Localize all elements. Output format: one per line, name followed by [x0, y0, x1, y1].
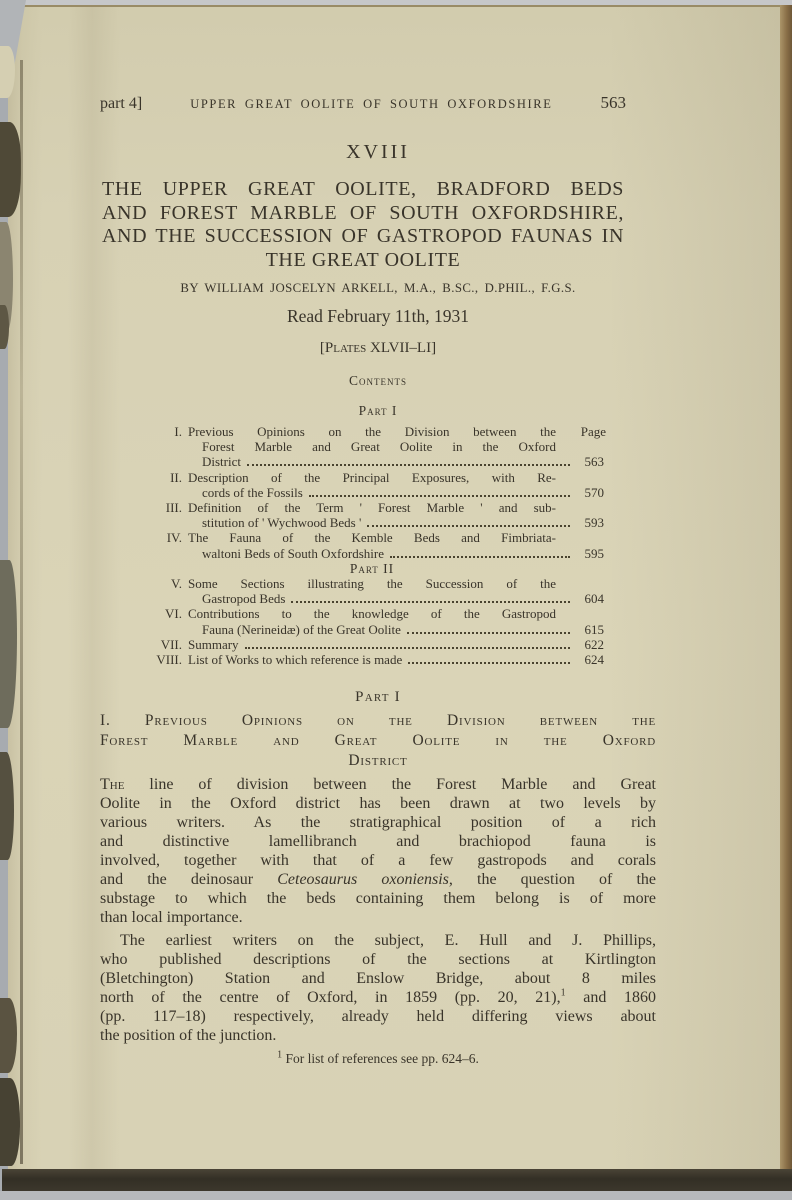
toc-entry-page-number: 593	[574, 515, 604, 530]
dot-leader	[407, 632, 570, 634]
toc-page-column-label: Page	[581, 424, 606, 439]
spine-edge-blotch	[0, 1078, 20, 1166]
running-header: part 4] UPPER GREAT OOLITE OF SOUTH OXFO…	[100, 5, 626, 113]
body-text-line: (Bletchington) Station and Enslow Bridge…	[100, 969, 656, 988]
dot-leader	[390, 556, 570, 558]
dot-leader	[367, 525, 570, 527]
section-part-heading: Part I	[100, 689, 656, 706]
article-title-line: AND THE SUCCESSION OF GASTROPOD FAUNAS I…	[102, 225, 624, 249]
article-title: THE UPPER GREAT OOLITE, BRADFORD BEDS AN…	[102, 178, 624, 272]
table-of-contents: Page I. Previous Opinions on the Divisio…	[140, 424, 604, 667]
toc-entry-page-number: 563	[574, 454, 604, 469]
body-text-line: and distinctive lamellibranch and brachi…	[100, 832, 656, 851]
toc-entry-numeral: II.	[140, 470, 188, 500]
species-name-italic: Ceteosaurus oxoniensis	[277, 871, 449, 888]
dot-leader	[309, 495, 570, 497]
section-heading-line: I. Previous Opinions on the Division bet…	[100, 711, 656, 731]
body-text-line: (pp. 117–18) respectively, already held …	[100, 1007, 656, 1026]
toc-entry-6: VI. Contributions to the knowledge of th…	[140, 606, 604, 636]
footnote-text: For list of references see pp. 624–6.	[282, 1051, 479, 1066]
page-bottom-shadow	[2, 1169, 792, 1191]
torn-edge-line	[20, 60, 23, 1164]
book-page-block-edge	[780, 5, 792, 1169]
toc-entry-text: Summary	[188, 637, 239, 652]
body-text-line: than local importance.	[100, 908, 656, 927]
running-header-title: UPPER GREAT OOLITE OF SOUTH OXFORDSHIRE	[142, 97, 600, 112]
toc-entry-numeral: III.	[140, 500, 188, 530]
author-byline: BY WILLIAM JOSCELYN ARKELL, M.A., B.SC.,…	[100, 281, 656, 296]
toc-entry-page-number: 595	[574, 546, 604, 561]
body-text-line: Oolite in the Oxford district has been d…	[100, 794, 656, 813]
toc-entry-page-number: 615	[574, 622, 604, 637]
article-title-line: THE UPPER GREAT OOLITE, BRADFORD BEDS	[102, 178, 624, 202]
toc-entry-text: cords of the Fossils	[202, 485, 303, 500]
spine-edge-blotch	[0, 305, 9, 349]
contents-heading: Contents	[100, 373, 656, 389]
toc-entry-2: II. Description of the Principal Exposur…	[140, 470, 604, 500]
section-heading-line: Forest Marble and Great Oolite in the Ox…	[100, 731, 656, 751]
lead-word: The	[100, 776, 124, 793]
toc-entry-1: I. Previous Opinions on the Division bet…	[140, 424, 604, 470]
contents-part2-heading: Part II	[140, 561, 604, 576]
toc-entry-8: VIII. List of Works to which reference i…	[140, 652, 604, 667]
toc-entry-numeral: VIII.	[140, 652, 188, 667]
toc-entry-text: waltoni Beds of South Oxfordshire	[202, 546, 384, 561]
toc-entry-text: Contributions to the knowledge of the Ga…	[188, 606, 604, 621]
toc-entry-5: V. Some Sections illustrating the Succes…	[140, 576, 604, 606]
book-page: part 4] UPPER GREAT OOLITE OF SOUTH OXFO…	[8, 5, 780, 1169]
body-text-line: The earliest writers on the subject, E. …	[100, 931, 656, 950]
body-text-line: The line of division between the Forest …	[100, 775, 656, 794]
toc-entry-text: Gastropod Beds	[202, 591, 285, 606]
article-title-line: THE GREAT OOLITE	[102, 249, 624, 273]
body-text-line: who published descriptions of the sectio…	[100, 950, 656, 969]
toc-entry-numeral: I.	[140, 424, 188, 470]
footnote: 1 For list of references see pp. 624–6.	[100, 1051, 656, 1067]
body-paragraph-2: The earliest writers on the subject, E. …	[100, 931, 656, 1045]
running-header-page-number: 563	[601, 93, 627, 113]
toc-entry-text: Previous Opinions on the Division betwee…	[188, 424, 604, 439]
dot-leader	[247, 464, 570, 466]
toc-entry-numeral: VI.	[140, 606, 188, 636]
toc-entry-numeral: VII.	[140, 637, 188, 652]
plates-line: [Plates XLVII–LI]	[100, 340, 656, 357]
body-text-line: various writers. As the stratigraphical …	[100, 813, 656, 832]
body-paragraph-1: The line of division between the Forest …	[100, 775, 656, 927]
body-text-line: the position of the junction.	[100, 1026, 656, 1045]
section-heading-line: District	[100, 751, 656, 771]
dot-leader	[408, 662, 570, 664]
toc-entry-text: The Fauna of the Kemble Beds and Fimbria…	[188, 530, 604, 545]
toc-entry-page-number: 570	[574, 485, 604, 500]
section-heading: I. Previous Opinions on the Division bet…	[100, 711, 656, 771]
dot-leader	[291, 601, 570, 603]
toc-entry-text: District	[202, 454, 241, 469]
toc-entry-page-number: 604	[574, 591, 604, 606]
toc-entry-text: Fauna (Nerineidæ) of the Great Oolite	[202, 622, 401, 637]
toc-entry-page-number: 622	[574, 637, 604, 652]
toc-entry-page-number: 624	[574, 652, 604, 667]
toc-entry-4: IV. The Fauna of the Kemble Beds and Fim…	[140, 530, 604, 560]
read-date-line: Read February 11th, 1931	[100, 306, 656, 327]
toc-entry-text: stitution of ' Wychwood Beds '	[202, 515, 361, 530]
toc-entry-7: VII. Summary 622	[140, 637, 604, 652]
page-content: part 4] UPPER GREAT OOLITE OF SOUTH OXFO…	[100, 5, 656, 1067]
toc-entry-3: III. Definition of the Term ' Forest Mar…	[140, 500, 604, 530]
toc-entry-numeral: V.	[140, 576, 188, 606]
toc-entry-text: Definition of the Term ' Forest Marble '…	[188, 500, 604, 515]
body-text-line: north of the centre of Oxford, in 1859 (…	[100, 988, 656, 1007]
dot-leader	[245, 647, 570, 649]
body-text-line: and the deinosaur Ceteosaurus oxoniensis…	[100, 870, 656, 889]
toc-entry-numeral: IV.	[140, 530, 188, 560]
scan-bottom-edge	[0, 1191, 792, 1200]
toc-entry-text: Description of the Principal Exposures, …	[188, 470, 604, 485]
body-text-line: substage to which the beds containing th…	[100, 889, 656, 908]
contents-part1-heading: Part I	[100, 403, 656, 419]
chapter-numeral: XVIII	[100, 141, 656, 164]
toc-entry-text: Forest Marble and Great Oolite in the Ox…	[188, 439, 604, 454]
toc-entry-text: List of Works to which reference is made	[188, 652, 402, 667]
article-title-line: AND FOREST MARBLE OF SOUTH OXFORDSHIRE,	[102, 202, 624, 226]
toc-entry-text: Some Sections illustrating the Successio…	[188, 576, 604, 591]
running-header-part: part 4]	[100, 95, 142, 113]
body-text-line: involved, together with that of a few ga…	[100, 851, 656, 870]
